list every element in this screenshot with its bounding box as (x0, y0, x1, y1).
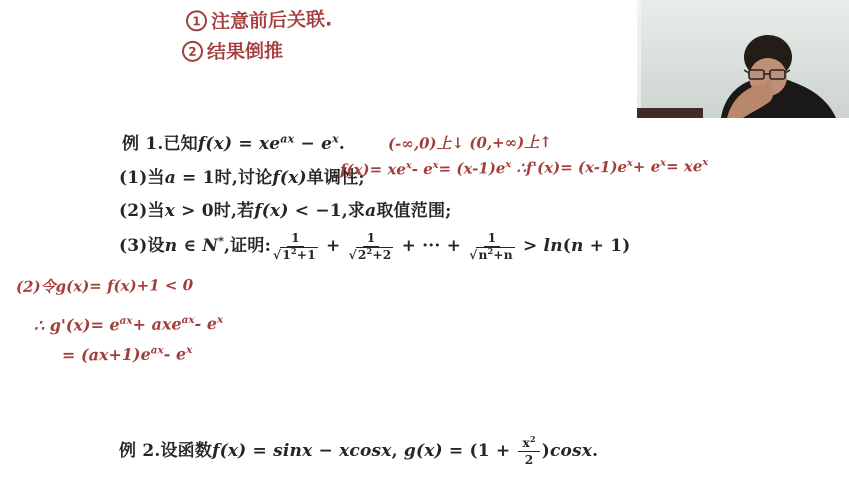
handwritten-derivative-line: f(x)= xex- ex= (x-1)ex ∴f'(x)= (x-1)ex+ … (340, 157, 708, 179)
handwritten-note-1: 1 注意前后关联. (186, 4, 333, 34)
circled-number-1: 1 (186, 10, 207, 31)
handwritten-g-derivative: ∴ g'(x)= eax+ axeax- ex (34, 314, 223, 335)
example1-part2: (2)当x > 0时,若f(x) < −1,求a取值范围; (119, 201, 452, 221)
example1-part1: (1)当a = 1时,讨论f(x)单调性; (119, 168, 365, 188)
example1-title: 例 1.已知f(x) = xeax − ex. (122, 134, 345, 154)
example2-title: 例 2.设函数f(x) = sinx − xcosx, g(x) = (1 + … (119, 436, 598, 467)
handwritten-g-definition: (2)令g(x)= f(x)+1 < 0 (16, 276, 193, 296)
lesson-screen: 1 注意前后关联. 2 结果倒推 例 1.已知f(x) = xeax − ex.… (0, 0, 849, 478)
handwritten-g-derivative-simplified: = (ax+1)eax- ex (62, 344, 192, 365)
example1-part3: (3)设n ∈ N*,证明:1√12+1 + 1√22+2 + ··· + 1√… (119, 231, 631, 262)
circled-number-2: 2 (182, 41, 203, 62)
note-1-text: 注意前后关联. (211, 4, 333, 34)
instructor-video-frame (637, 0, 849, 118)
handwritten-note-2: 2 结果倒推 (182, 36, 284, 65)
instructor-webcam (637, 0, 849, 118)
note-2-text: 结果倒推 (207, 36, 284, 65)
webcam-left-highlight (637, 0, 641, 118)
handwritten-monotonic-intervals: (-∞,0)上↓ (0,+∞)上↑ (388, 133, 552, 153)
desk-edge (637, 108, 703, 118)
